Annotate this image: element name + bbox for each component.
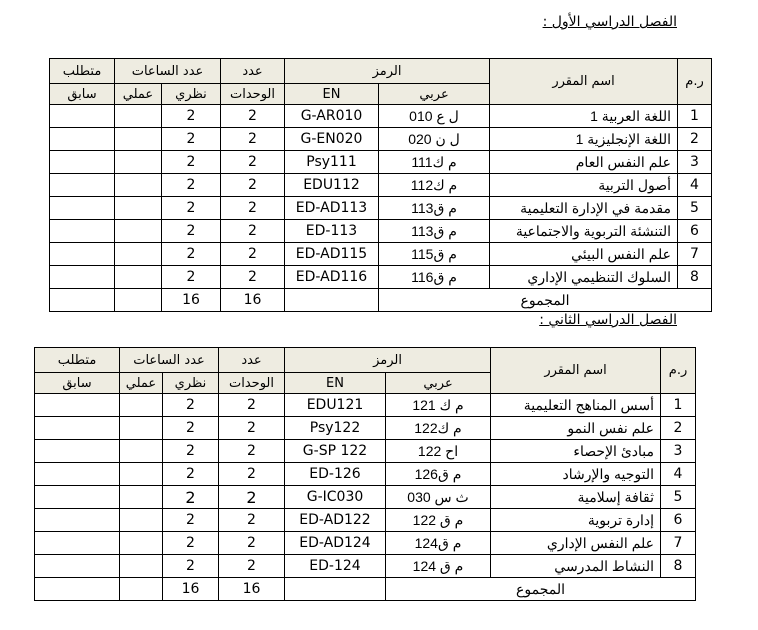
cell-code-ar: م ق126 [386, 463, 491, 486]
cell-code-ar: م ق124 [386, 532, 491, 555]
cell-course-name: النشاط المدرسي [491, 555, 661, 578]
table-row: 2 2 G-EN020 ل ن 020 اللغة الإنجليزية 1 2 [50, 128, 712, 151]
cell-practical [120, 509, 163, 532]
cell-course-name: علم نفس النمو [491, 417, 661, 440]
header-code-group: الرمز [285, 59, 490, 84]
header-hours-practical: عملي [120, 373, 163, 394]
table-row: 2 2 EDU112 م ك112 أصول التربية 4 [50, 174, 712, 197]
cell-code-en: Psy111 [285, 151, 379, 174]
cell-index: 3 [678, 151, 712, 174]
total-label: المجموع [386, 578, 696, 601]
cell-code-en: ED-126 [285, 463, 386, 486]
header-hours-group: عدد الساعات [115, 59, 221, 84]
semester-1-table: متطلب عدد الساعات عدد الرمز اسم المقرر ر… [49, 58, 712, 312]
table-row: 2 2 EDU121 م ك 121 أسس المناهج التعليمية… [35, 394, 696, 417]
cell-units: 2 [219, 394, 285, 417]
cell-course-name: علم النفس العام [490, 151, 678, 174]
cell-prerequisite [35, 555, 120, 578]
cell-practical [115, 266, 162, 289]
total-units: 16 [219, 578, 285, 601]
cell-theory: 2 [163, 532, 219, 555]
cell-code-ar: ث س 030 [386, 486, 491, 509]
table-row: 2 2 G-AR010 ل ع 010 اللغة العربية 1 1 [50, 105, 712, 128]
cell-theory: 2 [162, 197, 221, 220]
cell-prerequisite [50, 128, 115, 151]
cell-theory: 2 [162, 266, 221, 289]
total-row: 16 16 المجموع [50, 289, 712, 312]
cell-practical [115, 197, 162, 220]
cell-code-ar: ل ع 010 [379, 105, 490, 128]
cell-code-ar: م ق113 [379, 197, 490, 220]
table-row: 2 2 G-SP 122 اح 122 مبادئ الإحصاء 3 [35, 440, 696, 463]
header-code-ar: عربي [386, 373, 491, 394]
cell-theory: 2 [162, 220, 221, 243]
cell-code-en: G-EN020 [285, 128, 379, 151]
semester-2-title: الفصل الدراسي الثاني : [539, 312, 677, 328]
cell-units: 2 [221, 220, 285, 243]
cell-prerequisite [50, 151, 115, 174]
cell-practical [115, 151, 162, 174]
cell-prerequisite [50, 197, 115, 220]
cell-practical [115, 128, 162, 151]
cell-index: 7 [678, 243, 712, 266]
cell-course-name: علم النفس البيئي [490, 243, 678, 266]
total-prerequisite [35, 578, 120, 601]
semester-2-table: متطلب عدد الساعات عدد الرمز اسم المقرر ر… [34, 347, 696, 601]
cell-practical [115, 220, 162, 243]
cell-prerequisite [35, 417, 120, 440]
cell-index: 1 [678, 105, 712, 128]
total-label: المجموع [379, 289, 712, 312]
cell-code-ar: م ك111 [379, 151, 490, 174]
header-units-line2: الوحدات [221, 84, 285, 105]
cell-units: 2 [219, 555, 285, 578]
cell-code-en: G-IC030 [285, 486, 386, 509]
cell-units: 2 [221, 151, 285, 174]
cell-code-ar: ل ن 020 [379, 128, 490, 151]
cell-code-en: EDU121 [285, 394, 386, 417]
cell-units: 2 [219, 532, 285, 555]
cell-course-name: اللغة الإنجليزية 1 [490, 128, 678, 151]
table-row: 2 2 ED-AD124 م ق124 علم النفس الإداري 7 [35, 532, 696, 555]
header-units: عدد [221, 59, 285, 84]
header-course-name: اسم المقرر [491, 348, 661, 394]
cell-theory: 2 [162, 174, 221, 197]
cell-index: 8 [678, 266, 712, 289]
cell-prerequisite [50, 105, 115, 128]
cell-prerequisite [35, 532, 120, 555]
cell-theory: 2 [163, 440, 219, 463]
total-practical [115, 289, 162, 312]
header-hours-practical: عملي [115, 84, 162, 105]
cell-units: 2 [219, 509, 285, 532]
cell-course-name: علم النفس الإداري [491, 532, 661, 555]
cell-theory: 2 [163, 555, 219, 578]
cell-course-name: مبادئ الإحصاء [491, 440, 661, 463]
header-index: ر.م [678, 59, 712, 105]
total-empty [285, 289, 379, 312]
header-code-en: EN [285, 84, 379, 105]
cell-code-ar: اح 122 [386, 440, 491, 463]
table-row: 2 2 ED-126 م ق126 التوجيه والإرشاد 4 [35, 463, 696, 486]
header-hours-theory: نظري [162, 84, 221, 105]
total-row: 16 16 المجموع [35, 578, 696, 601]
cell-code-en: Psy122 [285, 417, 386, 440]
cell-index: 2 [678, 128, 712, 151]
cell-code-en: ED-AD124 [285, 532, 386, 555]
cell-code-ar: م ك122 [386, 417, 491, 440]
table-row: 2 2 G-IC030 ث س 030 ثقافة إسلامية 5 [35, 486, 696, 509]
cell-practical [115, 105, 162, 128]
header-hours-group: عدد الساعات [120, 348, 219, 373]
cell-course-name: السلوك التنظيمي الإداري [490, 266, 678, 289]
header-prerequisite: متطلب [35, 348, 120, 373]
cell-code-ar: م ق 124 [386, 555, 491, 578]
cell-practical [120, 463, 163, 486]
cell-index: 2 [661, 417, 696, 440]
cell-practical [120, 394, 163, 417]
total-prerequisite [50, 289, 115, 312]
cell-units: 2 [221, 266, 285, 289]
cell-code-ar: م ق 122 [386, 509, 491, 532]
cell-index: 7 [661, 532, 696, 555]
cell-theory: 2 [162, 128, 221, 151]
cell-course-name: أسس المناهج التعليمية [491, 394, 661, 417]
cell-index: 6 [678, 220, 712, 243]
header-code-en: EN [285, 373, 386, 394]
table-row: 2 2 Psy122 م ك122 علم نفس النمو 2 [35, 417, 696, 440]
table-row: 2 2 Psy111 م ك111 علم النفس العام 3 [50, 151, 712, 174]
cell-practical [120, 555, 163, 578]
cell-units: 2 [221, 105, 285, 128]
header-units-line2: الوحدات [219, 373, 285, 394]
header-prerequisite-line2: سابق [50, 84, 115, 105]
cell-units: 2 [219, 417, 285, 440]
cell-practical [120, 486, 163, 509]
header-code-ar: عربي [379, 84, 490, 105]
header-index: ر.م [661, 348, 696, 394]
cell-course-name: اللغة العربية 1 [490, 105, 678, 128]
cell-units: 2 [219, 463, 285, 486]
cell-theory: 2 [163, 463, 219, 486]
cell-prerequisite [35, 463, 120, 486]
cell-theory: 2 [163, 486, 219, 509]
cell-units: 2 [221, 197, 285, 220]
cell-code-en: G-AR010 [285, 105, 379, 128]
cell-code-ar: م ق115 [379, 243, 490, 266]
total-units: 16 [221, 289, 285, 312]
cell-units: 2 [219, 440, 285, 463]
total-empty [285, 578, 386, 601]
cell-code-ar: م ك 121 [386, 394, 491, 417]
cell-units: 2 [221, 174, 285, 197]
cell-units: 2 [221, 128, 285, 151]
table-row: 2 2 ED-AD113 م ق113 مقدمة في الإدارة الت… [50, 197, 712, 220]
header-prerequisite-line2: سابق [35, 373, 120, 394]
table-row: 2 2 ED-AD116 م ق116 السلوك التنظيمي الإد… [50, 266, 712, 289]
cell-code-ar: م ك112 [379, 174, 490, 197]
cell-index: 1 [661, 394, 696, 417]
cell-course-name: إدارة تربوية [491, 509, 661, 532]
cell-practical [115, 174, 162, 197]
cell-course-name: التنشئة التربوية والاجتماعية [490, 220, 678, 243]
header-units: عدد [219, 348, 285, 373]
header-course-name: اسم المقرر [490, 59, 678, 105]
cell-practical [120, 532, 163, 555]
cell-prerequisite [50, 174, 115, 197]
cell-course-name: مقدمة في الإدارة التعليمية [490, 197, 678, 220]
cell-code-en: ED-AD122 [285, 509, 386, 532]
cell-course-name: التوجيه والإرشاد [491, 463, 661, 486]
cell-code-en: ED-AD113 [285, 197, 379, 220]
cell-theory: 2 [163, 417, 219, 440]
cell-practical [120, 417, 163, 440]
header-prerequisite: متطلب [50, 59, 115, 84]
total-theory: 16 [162, 289, 221, 312]
cell-code-ar: م ق116 [379, 266, 490, 289]
cell-index: 4 [678, 174, 712, 197]
total-practical [120, 578, 163, 601]
cell-prerequisite [35, 394, 120, 417]
cell-code-en: ED-113 [285, 220, 379, 243]
cell-theory: 2 [163, 394, 219, 417]
cell-course-name: أصول التربية [490, 174, 678, 197]
header-hours-theory: نظري [163, 373, 219, 394]
cell-index: 5 [678, 197, 712, 220]
total-theory: 16 [163, 578, 219, 601]
cell-code-en: G-SP 122 [285, 440, 386, 463]
cell-units: 2 [219, 486, 285, 509]
cell-index: 4 [661, 463, 696, 486]
cell-code-ar: م ق113 [379, 220, 490, 243]
cell-index: 3 [661, 440, 696, 463]
cell-prerequisite [35, 486, 120, 509]
table-row: 2 2 ED-AD115 م ق115 علم النفس البيئي 7 [50, 243, 712, 266]
semester-1-title: الفصل الدراسي الأول : [543, 14, 677, 30]
cell-index: 6 [661, 509, 696, 532]
table-row: 2 2 ED-113 م ق113 التنشئة التربوية والاج… [50, 220, 712, 243]
cell-course-name: ثقافة إسلامية [491, 486, 661, 509]
cell-units: 2 [221, 243, 285, 266]
cell-code-en: ED-AD116 [285, 266, 379, 289]
table-row: 2 2 ED-AD122 م ق 122 إدارة تربوية 6 [35, 509, 696, 532]
cell-prerequisite [35, 440, 120, 463]
cell-index: 8 [661, 555, 696, 578]
cell-code-en: ED-124 [285, 555, 386, 578]
cell-index: 5 [661, 486, 696, 509]
cell-theory: 2 [162, 105, 221, 128]
cell-prerequisite [50, 220, 115, 243]
cell-theory: 2 [162, 243, 221, 266]
cell-prerequisite [50, 266, 115, 289]
cell-practical [120, 440, 163, 463]
cell-prerequisite [35, 509, 120, 532]
cell-code-en: ED-AD115 [285, 243, 379, 266]
cell-practical [115, 243, 162, 266]
header-code-group: الرمز [285, 348, 491, 373]
cell-theory: 2 [163, 509, 219, 532]
cell-theory: 2 [162, 151, 221, 174]
cell-code-en: EDU112 [285, 174, 379, 197]
cell-prerequisite [50, 243, 115, 266]
table-row: 2 2 ED-124 م ق 124 النشاط المدرسي 8 [35, 555, 696, 578]
